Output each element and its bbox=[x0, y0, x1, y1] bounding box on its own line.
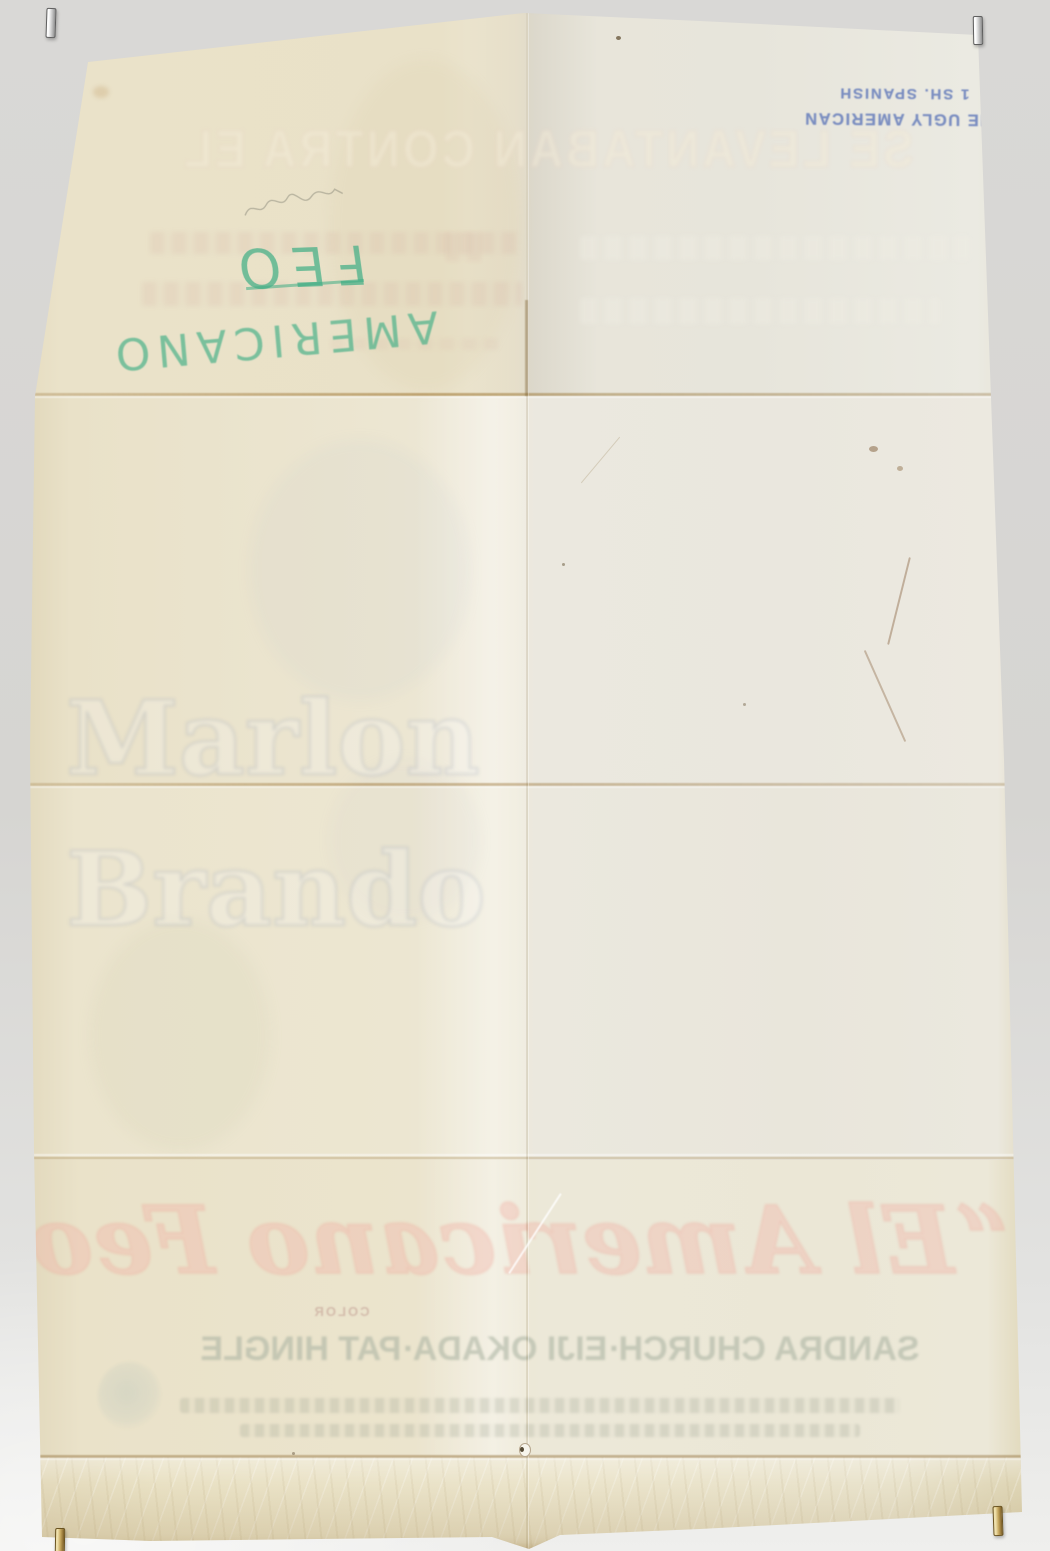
push-pin-bottom-left bbox=[55, 1528, 65, 1551]
paper-edge-shading bbox=[0, 0, 1050, 1551]
push-pin-top-left bbox=[45, 8, 56, 38]
push-pin-bottom-right bbox=[992, 1506, 1003, 1536]
poster-back-sheet: SE LEVANTABAN CONTRA EL Marlon Brando “E… bbox=[0, 0, 1050, 1551]
push-pin-top-right bbox=[973, 16, 984, 45]
